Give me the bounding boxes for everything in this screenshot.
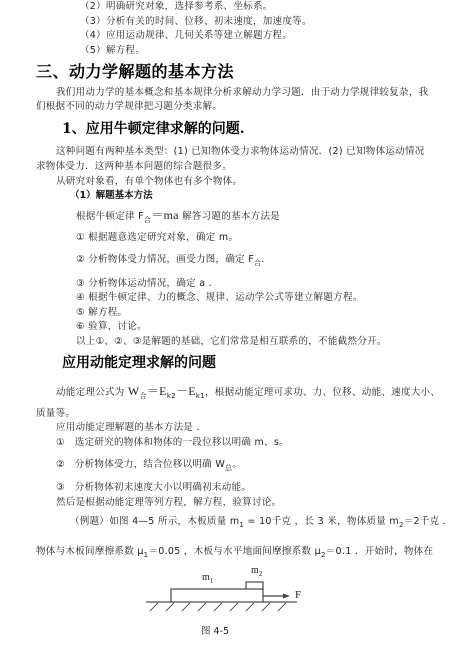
paragraph-types-line2: 求物体受力．这两种基本问题的综合题很多。 (36, 161, 232, 173)
label-m2: m2 (251, 565, 262, 580)
figure-board-block-diagram (140, 560, 320, 620)
circled-number: ② (76, 254, 85, 265)
example-line1: （例题）如图 4—5 所示，木板质量 m1 = 10千克 ，长 3 米，物体质量… (70, 516, 453, 531)
subsection-heading-energy: 应用动能定理求解的问题 (62, 354, 216, 372)
ground-hatching (150, 603, 286, 611)
circled-number: ④ (76, 292, 85, 303)
step-text: 分析物体受力，结合位移以明确 W (75, 459, 225, 470)
step-text: 分析物体初末速度大小以明确初末动能。 (75, 482, 251, 493)
circled-number: ② (56, 459, 65, 470)
energy-method-intro: 应用动能定理解题的基本方法是 ． (56, 422, 206, 434)
step-text: 分析物体受力情况，画受力图，确定 F (88, 254, 254, 265)
circled-number: ① (56, 437, 65, 448)
example-text: = 10千克 ，长 3 米，物体质量 m (244, 516, 399, 527)
energy-formula-line2: 质量等。 (36, 408, 75, 420)
step-text: 根据牛顿定律、力的概念、规律、运动学公式等建立解题方程。 (88, 292, 362, 303)
subscript: 1 (210, 577, 214, 585)
equals-E: ＝E (147, 384, 167, 398)
section-heading: 三、动力学解题的基本方法 (36, 62, 234, 82)
figure-caption: 图 4-5 (201, 626, 229, 638)
newton-step-5: ⑤ 解方程。 (76, 307, 127, 319)
method-intro: 根据牛顿定律 F合＝ma 解答习题的基本方法是 (76, 209, 280, 226)
board-m1 (171, 589, 263, 602)
energy-step-1: ① 选定研究的物体和物体的一段位移以明确 m、s。 (56, 437, 289, 449)
example-text: ＝2千克 ． (404, 516, 453, 527)
circled-number: ① (76, 232, 85, 243)
method-intro-pre: 根据牛顿定律 F (76, 211, 144, 222)
circled-number: ⑥ (76, 321, 85, 332)
label-m1: m1 (202, 572, 213, 587)
example-line2: 物体与木板间摩擦系数 μ1＝0.05 ，木板与水平地面间摩擦系数 μ2＝0.1 … (36, 546, 433, 561)
step-text: 选定研究的物体和物体的一段位移以明确 m、s。 (75, 437, 289, 448)
equation: ＝ma (151, 208, 179, 222)
method-intro-post: 解答习题的基本方法是 (179, 211, 280, 222)
paragraph-objects: 从研究对象看，有单个物体也有多个物体。 (56, 176, 242, 188)
paragraph-types-line1: 这种问题有两种基本类型：(1) 已知物体受力求物体运动情况．(2) 已知物体运动… (56, 146, 425, 158)
label-m2-text: m (251, 565, 259, 576)
energy-step-2: ② 分析物体受力，结合位移以明确 W总。 (56, 459, 242, 474)
example-text: ＝0.1 ．开始时，物体在 (326, 546, 434, 557)
step-4-line: （4）应用运动规律、几何关系等建立解题方程。 (80, 30, 292, 42)
example-text: （例题）如图 4—5 所示，木板质量 m (70, 516, 239, 527)
step-text: 解方程。 (88, 307, 127, 318)
method-heading: （1）解题基本方法 (70, 190, 153, 202)
step-text: 验算，讨论。 (88, 321, 147, 332)
newton-step-3: ③ 分析物体运动情况，确定 a ． (76, 278, 219, 290)
intro-paragraph-line2: 们根据不同的动力学规律把习题分类求解。 (36, 101, 222, 113)
step-text: 分析物体运动情况，确定 a ． (88, 278, 218, 289)
label-m1-text: m (202, 572, 210, 583)
minus-E: －E (176, 384, 196, 398)
intro-paragraph-line1: 我们用动力学的基本概念和基本规律分析求解动力学习题．由于动力学规律较复杂，我 (56, 87, 428, 99)
subsection-heading-newton: 1、应用牛顿定律求解的问题. (62, 120, 245, 138)
example-text: ＝0.05 ，木板与水平地面间摩擦系数 μ (148, 546, 321, 557)
energy-step-3: ③ 分析物体初末速度大小以明确初末动能。 (56, 482, 251, 494)
newton-step-4: ④ 根据牛顿定律、力的概念、规律、运动学公式等建立解题方程。 (76, 292, 363, 304)
step-5-line: （5）解方程。 (80, 45, 145, 57)
circled-number: ⑤ (76, 307, 85, 318)
arrow-head-icon (283, 594, 290, 599)
newton-step-6: ⑥ 验算，讨论。 (76, 321, 147, 333)
circled-number: ③ (76, 278, 85, 289)
energy-closing: 然后是根据动能定理等列方程，解方程，验算讨论。 (56, 497, 281, 509)
formula-post: ，根据动能定理可求功、力、位移、动能、速度大小、 (205, 387, 440, 398)
step-2-line: （2）明确研究对象，选择参考系、坐标系。 (80, 1, 273, 13)
formula-pre: 动能定理公式为 (56, 387, 128, 398)
step-text-post: 。 (232, 459, 242, 470)
step-text-post: ． (261, 254, 271, 265)
label-force: F (295, 589, 301, 601)
step-text: 根据题意选定研究对象，确定 m。 (88, 232, 238, 243)
subscript: k1 (196, 392, 205, 400)
subscript: 2 (259, 570, 263, 578)
circled-number: ③ (56, 482, 65, 493)
newton-step-1: ① 根据题意选定研究对象，确定 m。 (76, 232, 238, 244)
step-3-line: （3）分析有关的时间、位移、初末速度，加速度等。 (80, 16, 312, 28)
subscript: k2 (167, 392, 176, 400)
newton-step-2: ② 分析物体受力情况，画受力图，确定 F合． (76, 254, 271, 269)
energy-formula-line: 动能定理公式为 W合＝Ek2－Ek1，根据动能定理可求功、力、位移、动能、速度大… (56, 385, 440, 402)
subscript: 合 (140, 392, 147, 400)
newton-summary: 以上①、②、③是解题的基础，它们常常是相互联系的，不能截然分开。 (76, 336, 387, 348)
work-symbol: W (128, 384, 140, 398)
block-m2 (246, 582, 263, 589)
example-text: 物体与木板间摩擦系数 μ (36, 546, 144, 557)
